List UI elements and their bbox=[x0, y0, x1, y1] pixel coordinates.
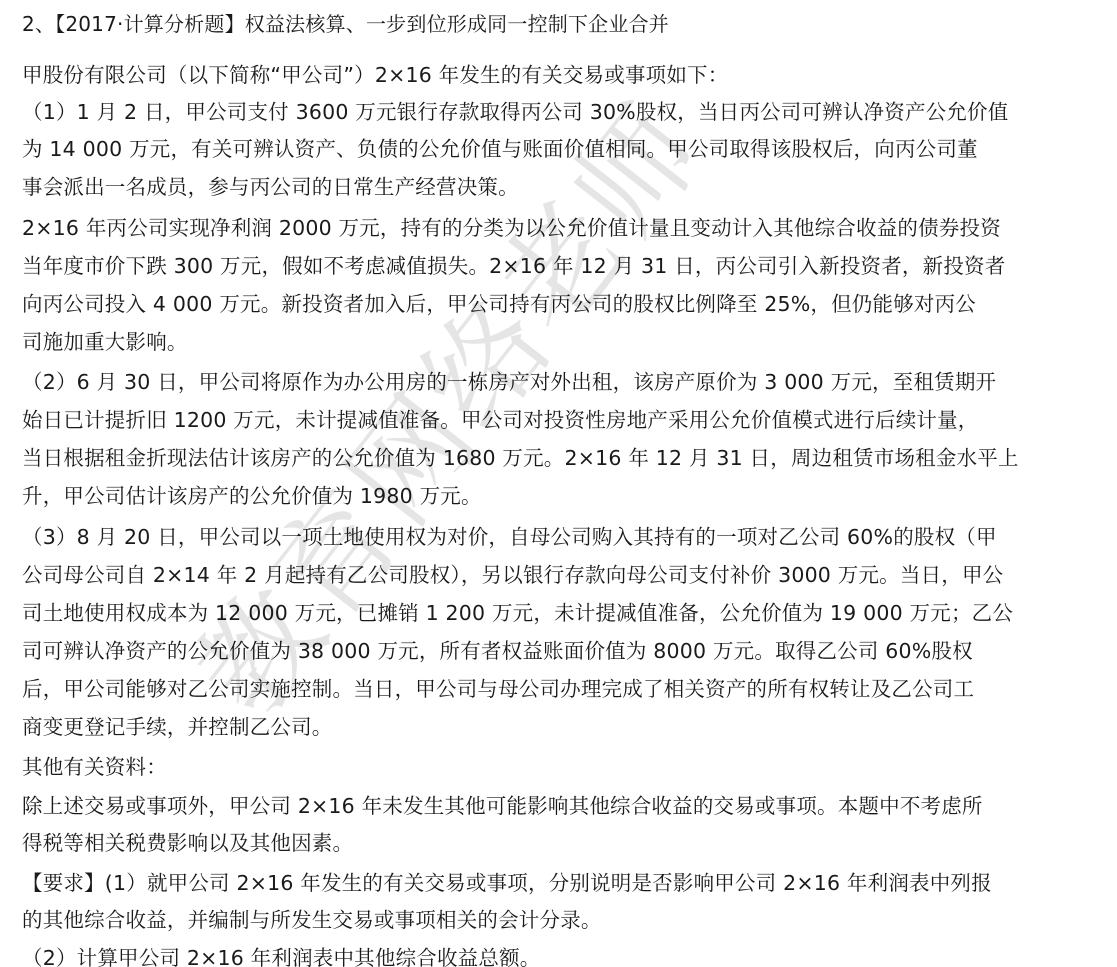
item-1-line-7: 司施加重大影响。 bbox=[22, 328, 188, 356]
item-1-line-3: 事会派出一名成员，参与丙公司的日常生产经营决策。 bbox=[22, 173, 519, 201]
document-page: 2、【2017·计算分析题】权益法核算、一步到位形成同一控制下企业合并 甲股份有… bbox=[0, 0, 1117, 967]
item-3-line-6: 商变更登记手续，并控制乙公司。 bbox=[22, 713, 333, 741]
item-3-line-4: 司可辨认净资产的公允价值为 38 000 万元，所有者权益账面价值为 8000 … bbox=[22, 637, 973, 665]
item-2-line-3: 当日根据租金折现法估计该房产的公允价值为 1680 万元。2×16 年 12 月… bbox=[22, 444, 1019, 472]
question-title: 2、【2017·计算分析题】权益法核算、一步到位形成同一控制下企业合并 bbox=[22, 10, 669, 38]
item-1-line-4: 2×16 年丙公司实现净利润 2000 万元，持有的分类为以公允价值计量且变动计… bbox=[22, 214, 1001, 242]
requirement-1-line-2: 的其他综合收益，并编制与所发生交易或事项相关的会计分录。 bbox=[22, 906, 602, 934]
item-3-line-3: 司土地使用权成本为 12 000 万元，已摊销 1 200 万元，未计提减值准备… bbox=[22, 599, 1013, 627]
other-info-line-1: 除上述交易或事项外，甲公司 2×16 年未发生其他可能影响其他综合收益的交易或事… bbox=[22, 792, 983, 820]
item-1-line-2: 为 14 000 万元，有关可辨认资产、负债的公允价值与账面价值相同。甲公司取得… bbox=[22, 135, 978, 163]
item-3-line-5: 后，甲公司能够对乙公司实施控制。当日，甲公司与母公司办理完成了相关资产的所有权转… bbox=[22, 675, 974, 703]
item-2-line-1: （2）6 月 30 日，甲公司将原作为办公用房的一栋房产对外出租，该房产原价为 … bbox=[22, 368, 996, 396]
requirement-1-line-1: 【要求】(1）就甲公司 2×16 年发生的有关交易或事项，分别说明是否影响甲公司… bbox=[22, 869, 992, 897]
item-3-line-1: （3）8 月 20 日，甲公司以一项土地使用权为对价，自母公司购入其持有的一项对… bbox=[22, 523, 997, 551]
item-1-line-5: 当年度市价下跌 300 万元，假如不考虑减值损失。2×16 年 12 月 31 … bbox=[22, 252, 1005, 280]
requirement-2-line-1: （2）计算甲公司 2×16 年利润表中其他综合收益总额。 bbox=[22, 944, 540, 967]
item-2-line-2: 始日已计提折旧 1200 万元，未计提减值准备。甲公司对投资性房地产采用公允价值… bbox=[22, 406, 979, 434]
other-info-heading: 其他有关资料： bbox=[22, 753, 167, 781]
item-1-line-1: （1）1 月 2 日，甲公司支付 3600 万元银行存款取得丙公司 30%股权，… bbox=[22, 98, 1008, 126]
intro-line: 甲股份有限公司（以下简称“甲公司”）2×16 年发生的有关交易或事项如下： bbox=[22, 61, 728, 89]
item-1-line-6: 向丙公司投入 4 000 万元。新投资者加入后，甲公司持有丙公司的股权比例降至 … bbox=[22, 290, 976, 318]
item-2-line-4: 升，甲公司估计该房产的公允价值为 1980 万元。 bbox=[22, 482, 482, 510]
other-info-line-2: 得税等相关税费影响以及其他因素。 bbox=[22, 829, 353, 857]
item-3-line-2: 公司母公司自 2×14 年 2 月起持有乙公司股权），另以银行存款向母公司支付补… bbox=[22, 561, 1003, 589]
